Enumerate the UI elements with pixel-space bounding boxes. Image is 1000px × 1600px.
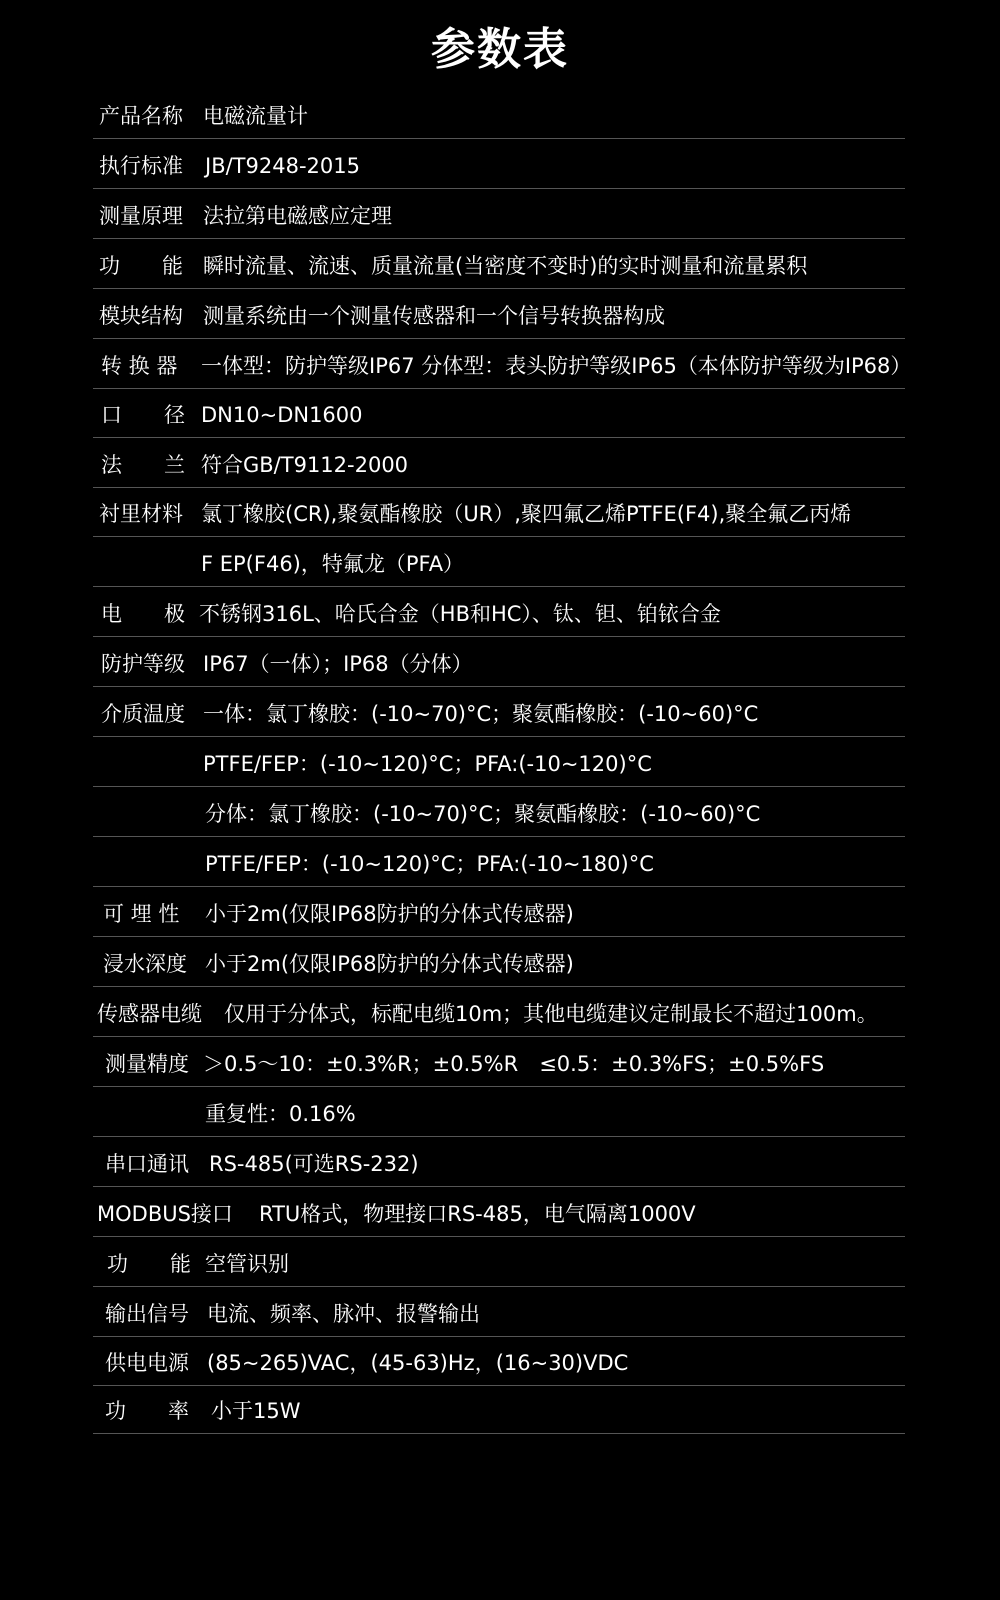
spec-value: JB/T9248-2015	[205, 152, 360, 180]
spec-value: 仅用于分体式，标配电缆10m；其他电缆建议定制最长不超过100m。	[224, 1000, 878, 1028]
spec-label: 防护等级	[101, 650, 185, 678]
table-row: 浸水深度小于2m(仅限IP68防护的分体式传感器)	[93, 936, 905, 987]
table-row: F EP(F46)，特氟龙（PFA）	[93, 536, 905, 587]
spec-label: 电 极	[101, 600, 185, 628]
table-row: PTFE/FEP：(-10~120)°C；PFA:(-10~180)°C	[93, 836, 905, 887]
spec-label: 测量精度	[105, 1050, 189, 1078]
spec-value: 空管识别	[205, 1250, 289, 1278]
spec-value: F EP(F46)，特氟龙（PFA）	[201, 550, 464, 578]
spec-label: 传感器电缆	[97, 1000, 202, 1028]
spec-value: 重复性：0.16%	[205, 1100, 356, 1128]
spec-value: RS-485(可选RS-232)	[209, 1150, 419, 1178]
table-row: 转 换 器一体型：防护等级IP67 分体型：表头防护等级IP65（本体防护等级为…	[93, 338, 905, 389]
spec-value: (85~265)VAC，(45-63)Hz，(16~30)VDC	[207, 1349, 628, 1377]
spec-value: 小于2m(仅限IP68防护的分体式传感器)	[205, 950, 574, 978]
spec-value: 电磁流量计	[203, 102, 308, 130]
table-row: 衬里材料氯丁橡胶(CR),聚氨酯橡胶（UR）,聚四氟乙烯PTFE(F4),聚全氟…	[93, 486, 905, 537]
spec-value: 法拉第电磁感应定理	[203, 202, 392, 230]
spec-label: 法 兰	[101, 451, 185, 479]
spec-label: 功 率	[105, 1397, 189, 1425]
spec-value: PTFE/FEP：(-10~120)°C；PFA:(-10~180)°C	[205, 850, 654, 878]
table-row: 法 兰符合GB/T9112-2000	[93, 437, 905, 488]
spec-label: 介质温度	[101, 700, 185, 728]
table-row: 功 能空管识别	[93, 1236, 905, 1287]
spec-value: 一体型：防护等级IP67 分体型：表头防护等级IP65（本体防护等级为IP68）	[201, 352, 911, 380]
spec-value: IP67（一体）；IP68（分体）	[203, 650, 473, 678]
spec-value: 氯丁橡胶(CR),聚氨酯橡胶（UR）,聚四氟乙烯PTFE(F4),聚全氟乙丙烯	[201, 500, 851, 528]
table-row: 功 率小于15W	[93, 1383, 905, 1434]
spec-label: 输出信号	[105, 1300, 189, 1328]
table-row: 产品名称电磁流量计	[93, 88, 905, 139]
page-title: 参数表	[0, 22, 1000, 78]
table-row: 测量精度＞0.5～10：±0.3%R；±0.5%R ≤0.5：±0.3%FS；±…	[93, 1036, 905, 1087]
spec-value: 小于2m(仅限IP68防护的分体式传感器)	[205, 900, 574, 928]
table-row: 供电电源(85~265)VAC，(45-63)Hz，(16~30)VDC	[93, 1335, 905, 1386]
table-row: 防护等级IP67（一体）；IP68（分体）	[93, 636, 905, 687]
spec-label: 串口通讯	[105, 1150, 189, 1178]
table-row: 模块结构测量系统由一个测量传感器和一个信号转换器构成	[93, 288, 905, 339]
table-row: 介质温度一体：氯丁橡胶：(-10~70)°C；聚氨酯橡胶：(-10~60)°C	[93, 686, 905, 737]
spec-value: DN10~DN1600	[201, 401, 363, 429]
table-row: 执行标准JB/T9248-2015	[93, 138, 905, 189]
table-row: 测量原理法拉第电磁感应定理	[93, 188, 905, 239]
spec-value: 测量系统由一个测量传感器和一个信号转换器构成	[203, 302, 665, 330]
spec-label: 供电电源	[105, 1349, 189, 1377]
spec-label: 功 能	[107, 1250, 191, 1278]
spec-value: RTU格式，物理接口RS-485，电气隔离1000V	[259, 1200, 696, 1228]
spec-label: 可 埋 性	[103, 900, 179, 928]
spec-label: 功 能	[99, 252, 183, 280]
spec-label: 执行标准	[99, 152, 183, 180]
spec-value: 一体：氯丁橡胶：(-10~70)°C；聚氨酯橡胶：(-10~60)°C	[203, 700, 758, 728]
spec-value: 符合GB/T9112-2000	[201, 451, 408, 479]
spec-label: MODBUS接口	[97, 1200, 233, 1228]
spec-label: 转 换 器	[101, 352, 177, 380]
spec-value: 小于15W	[211, 1397, 301, 1425]
table-row: 输出信号电流、频率、脉冲、报警输出	[93, 1286, 905, 1337]
spec-label: 衬里材料	[99, 500, 183, 528]
spec-value: 瞬时流量、流速、质量流量(当密度不变时)的实时测量和流量累积	[203, 252, 807, 280]
table-row: 功 能瞬时流量、流速、质量流量(当密度不变时)的实时测量和流量累积	[93, 238, 905, 289]
table-row: 重复性：0.16%	[93, 1086, 905, 1137]
table-row: 电 极不锈钢316L、哈氏合金（HB和HC）、钛、钽、铂铱合金	[93, 586, 905, 637]
spec-value: PTFE/FEP：(-10~120)°C；PFA:(-10~120)°C	[203, 750, 652, 778]
spec-value: ＞0.5～10：±0.3%R；±0.5%R ≤0.5：±0.3%FS；±0.5%…	[203, 1050, 824, 1078]
table-row: 可 埋 性小于2m(仅限IP68防护的分体式传感器)	[93, 886, 905, 937]
table-row: 串口通讯RS-485(可选RS-232)	[93, 1136, 905, 1187]
spec-value: 电流、频率、脉冲、报警输出	[207, 1300, 480, 1328]
table-row: 传感器电缆仅用于分体式，标配电缆10m；其他电缆建议定制最长不超过100m。	[93, 986, 905, 1037]
spec-label: 口 径	[101, 401, 185, 429]
spec-label: 测量原理	[99, 202, 183, 230]
spec-value: 不锈钢316L、哈氏合金（HB和HC）、钛、钽、铂铱合金	[199, 600, 721, 628]
spec-label: 产品名称	[99, 102, 183, 130]
spec-label: 模块结构	[99, 302, 183, 330]
spec-label: 浸水深度	[103, 950, 187, 978]
table-row: PTFE/FEP：(-10~120)°C；PFA:(-10~120)°C	[93, 736, 905, 787]
table-row: 分体：氯丁橡胶：(-10~70)°C；聚氨酯橡胶：(-10~60)°C	[93, 786, 905, 837]
spec-value: 分体：氯丁橡胶：(-10~70)°C；聚氨酯橡胶：(-10~60)°C	[205, 800, 760, 828]
table-row: MODBUS接口RTU格式，物理接口RS-485，电气隔离1000V	[93, 1186, 905, 1237]
table-row: 口 径DN10~DN1600	[93, 387, 905, 438]
